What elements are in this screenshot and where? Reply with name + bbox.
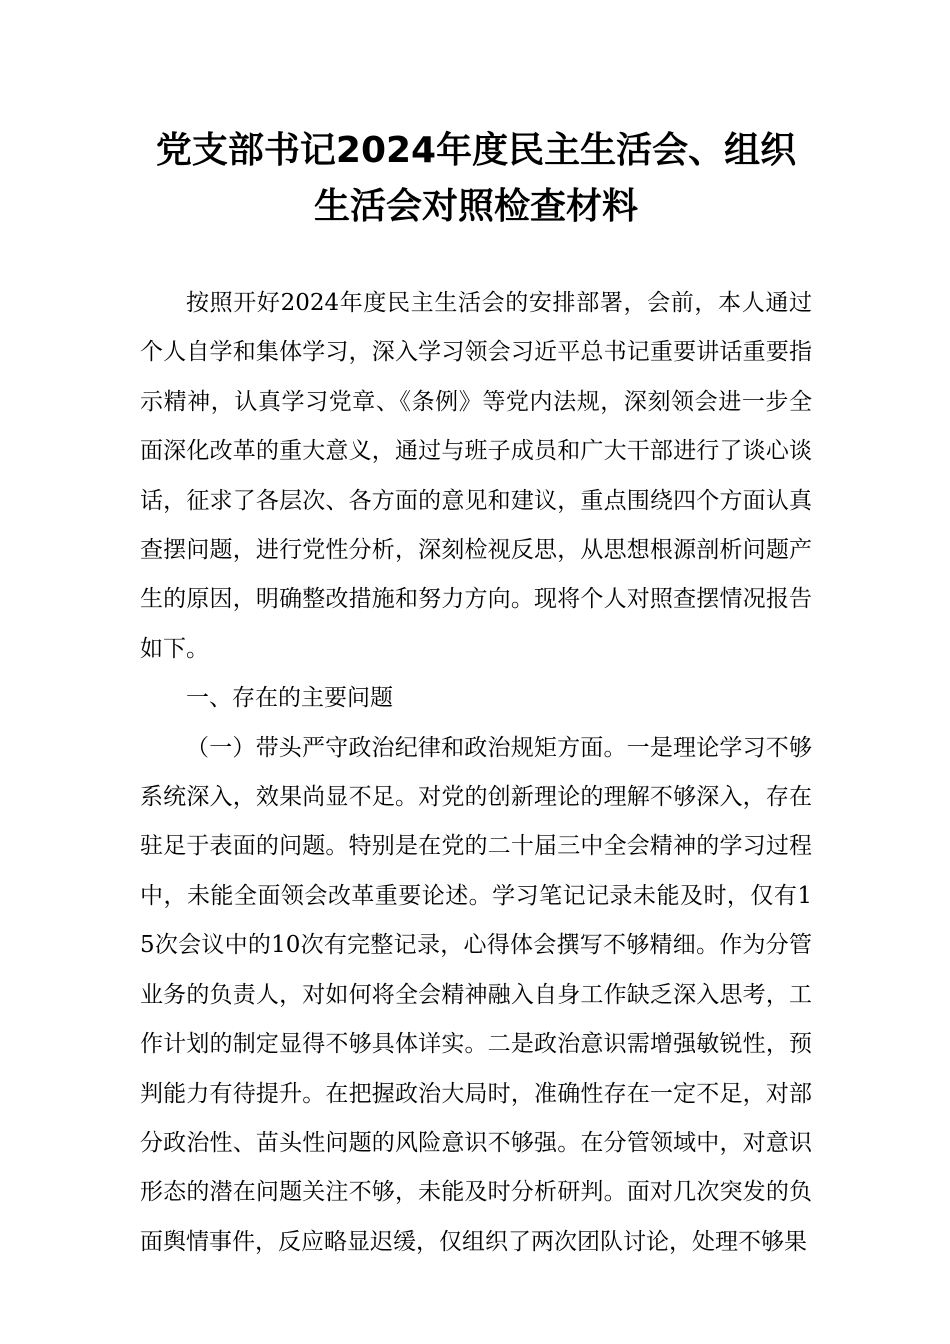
intro-paragraph: 按照开好2024年度民主生活会的安排部署，会前，本人通过个人自学和集体学习，深入…	[140, 279, 812, 674]
document-page: 党支部书记2024年度民主生活会、组织生活会对照检查材料 按照开好2024年度民…	[0, 0, 950, 1344]
section-1-heading: 一、存在的主要问题	[140, 674, 812, 723]
document-title: 党支部书记2024年度民主生活会、组织生活会对照检查材料	[140, 0, 812, 235]
section-1-paragraph-1: （一）带头严守政治纪律和政治规矩方面。一是理论学习不够系统深入，效果尚显不足。对…	[140, 724, 812, 1267]
